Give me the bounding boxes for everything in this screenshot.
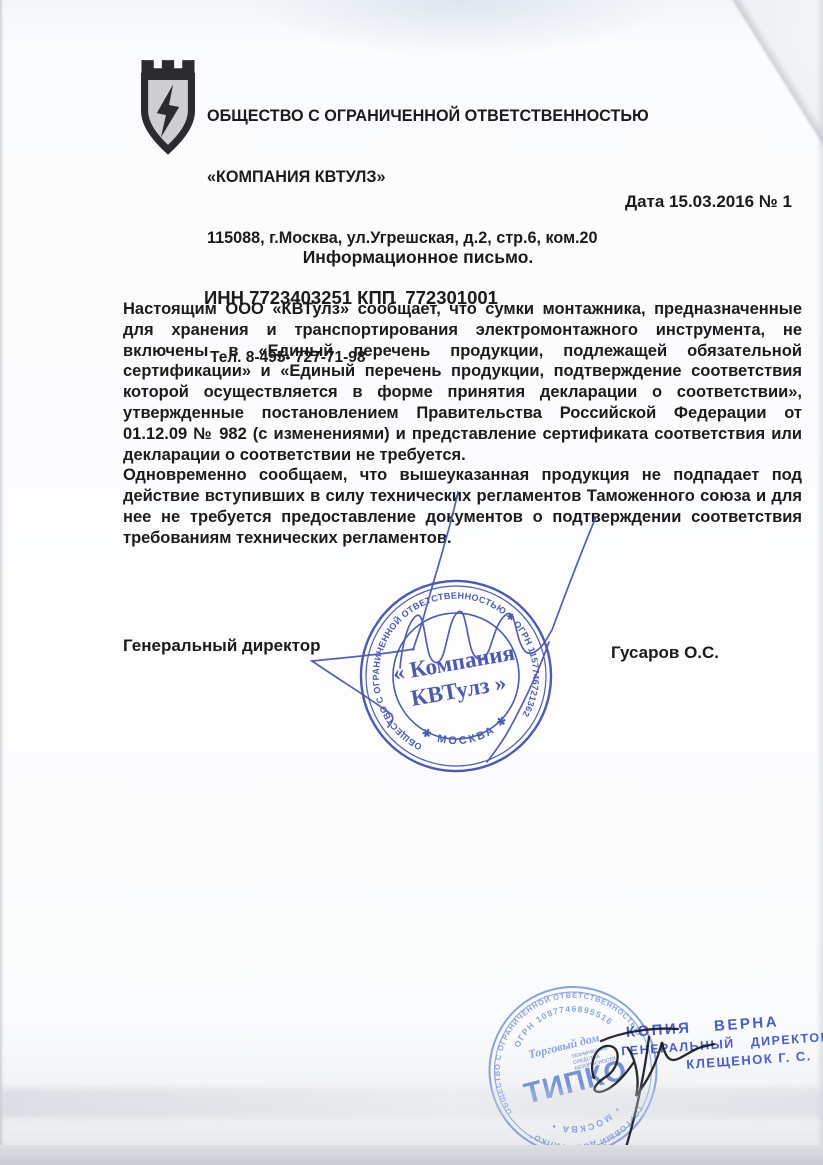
body-paragraph: Настоящим ООО «КВТулз» сообщает, что сум… — [123, 299, 802, 465]
shield-lightning-icon — [132, 56, 204, 160]
letter-title: Информационное письмо. — [123, 247, 713, 268]
scan-artifact-top-tint — [250, 0, 670, 60]
scan-artifact-bottom-band — [0, 1145, 823, 1165]
scan-artifact-corner-crease — [728, 0, 823, 150]
scan-artifact-smear-band — [0, 1088, 823, 1118]
date-line: Дата 15.03.2016 № 1 — [500, 192, 792, 212]
scanned-letter-page: ОБЩЕСТВО С ОГРАНИЧЕННОЙ ОТВЕТСТВЕННОСТЬЮ… — [0, 0, 823, 1165]
signatory-name: Гусаров О.С. — [611, 643, 719, 663]
director-signature — [280, 478, 620, 780]
org-name-line: «КОМПАНИЯ КВТУЛЗ» — [207, 165, 677, 190]
org-type-line: ОБЩЕСТВО С ОГРАНИЧЕННОЙ ОТВЕТСТВЕННОСТЬЮ — [207, 104, 677, 129]
scan-artifact-right-edge — [816, 0, 823, 1165]
scan-artifact-left-edge — [0, 0, 4, 1165]
